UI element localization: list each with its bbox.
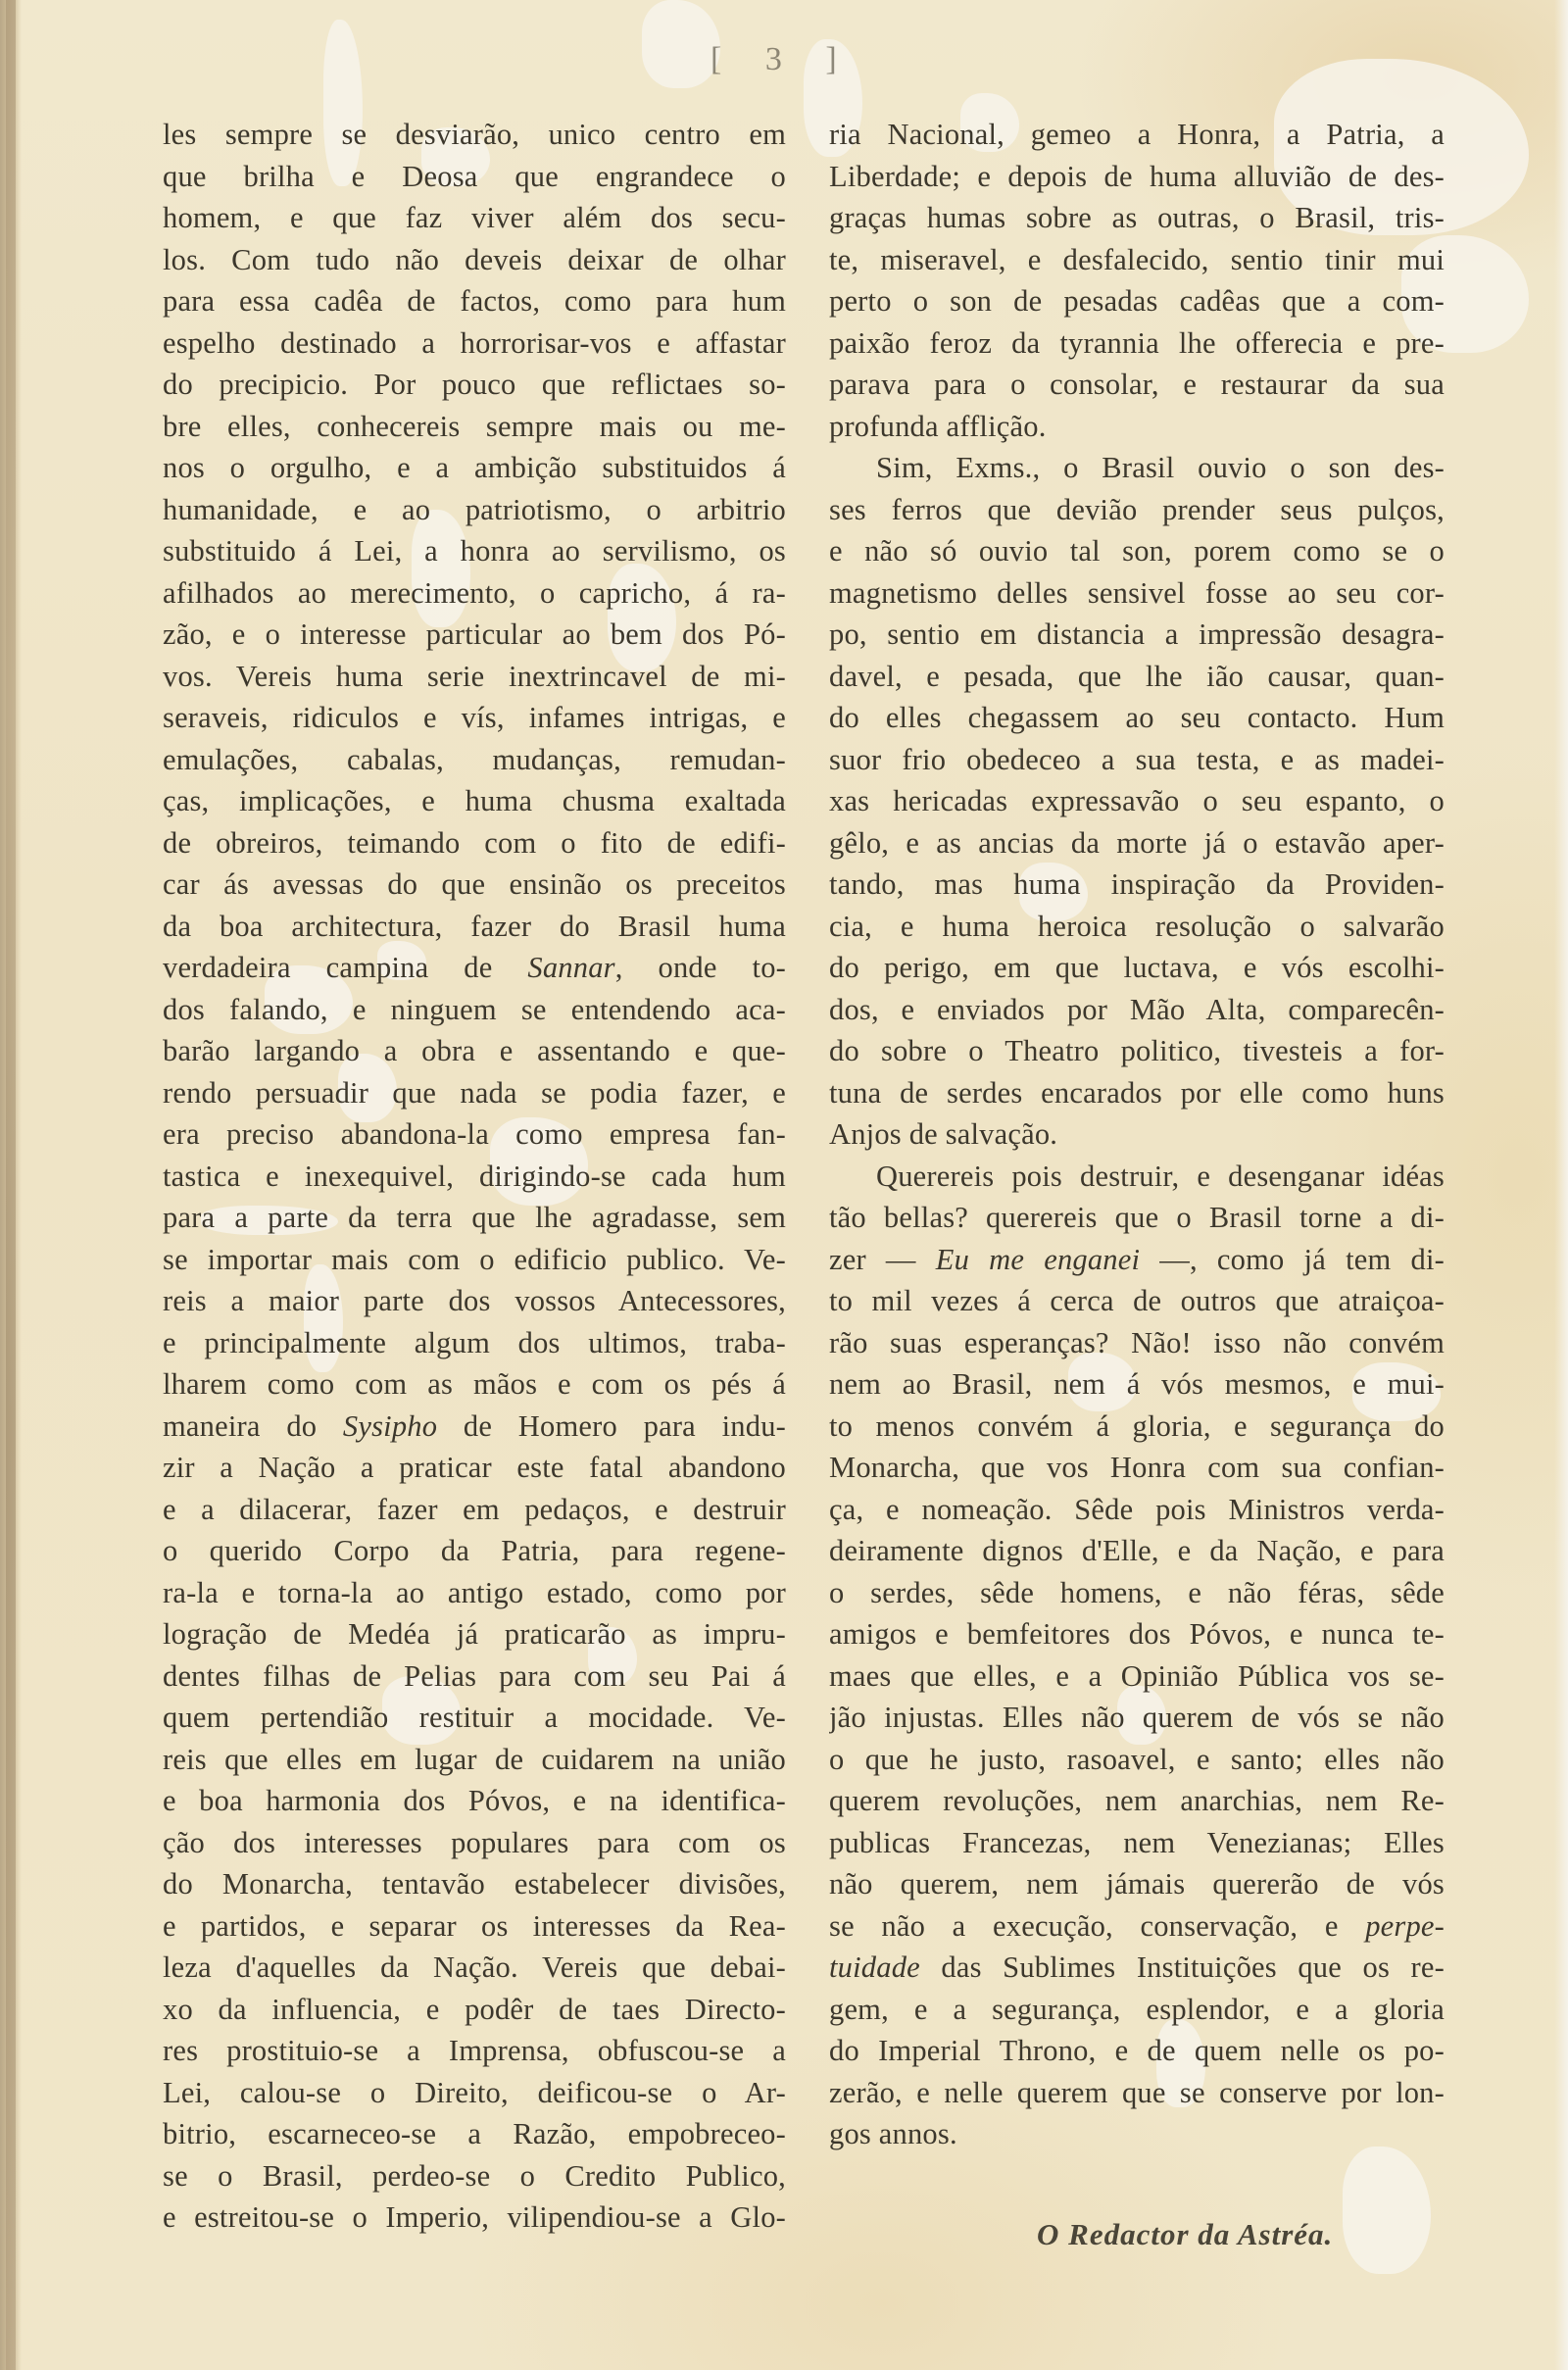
text-line: publicas Francezas, nem Venezianas; Elle… <box>829 1822 1445 1864</box>
text-line: o querido Corpo da Patria, para regene- <box>163 1530 786 1572</box>
text-line: do Imperial Throno, e de quem nelle os p… <box>829 2030 1445 2072</box>
text-line: graças humas sobre as outras, o Brasil, … <box>829 197 1445 239</box>
italic-phrase: tuidade <box>829 1950 920 1984</box>
text-line: tuidade das Sublimes Instituições que os… <box>829 1947 1445 1989</box>
text-line: e não só ouvio tal son, porem como se o <box>829 530 1445 572</box>
text-line: ção dos interesses populares para com os <box>163 1822 786 1864</box>
text-line: parava para o consolar, e restaurar da s… <box>829 364 1445 406</box>
text-line: rão suas esperanças? Não! isso não convé… <box>829 1322 1445 1364</box>
text-line: rendo persuadir que nada se podia fazer,… <box>163 1072 786 1114</box>
author-signature: O Redactor da Astréa. <box>1037 2217 1333 2252</box>
text-line: se não a execução, conservação, e perpe- <box>829 1905 1445 1948</box>
paper-damage <box>1343 2147 1431 2274</box>
text-line: maneira do Sysipho de Homero para indu- <box>163 1406 786 1448</box>
text-line: vos. Vereis huma serie inextrincavel de … <box>163 656 786 698</box>
text-line: xo da influencia, e podêr de taes Direct… <box>163 1989 786 2031</box>
text-line: dentes filhas de Pelias para com seu Pai… <box>163 1655 786 1698</box>
text-line: bre elles, conhecereis sempre mais ou me… <box>163 406 786 448</box>
paragraph-end-line: Anjos de salvação. <box>829 1113 1445 1156</box>
italic-phrase: perpe- <box>1365 1909 1445 1943</box>
text-line: tão bellas? querereis que o Brasil torne… <box>829 1197 1445 1239</box>
text-line: ça, e nomeação. Sêde pois Ministros verd… <box>829 1489 1445 1531</box>
right-text-column: ria Nacional, gemeo a Honra, a Patria, a… <box>829 114 1445 2155</box>
text-line: do elles chegassem ao seu contacto. Hum <box>829 697 1445 739</box>
text-line: po, sentio em distancia a impressão desa… <box>829 614 1445 656</box>
text-line: gêlo, e as ancias da morte já o estavão … <box>829 822 1445 864</box>
text-line: do Monarcha, tentavão estabelecer divisõ… <box>163 1863 786 1905</box>
text-line: les sempre se desviarão, unico centro em <box>163 114 786 156</box>
text-line: o serdes, sêde homens, e não féras, sêde <box>829 1572 1445 1614</box>
text-line: do sobre o Theatro politico, tivesteis a… <box>829 1030 1445 1072</box>
text-line: se importar mais com o edificio publico.… <box>163 1239 786 1281</box>
spine-shadow <box>6 0 16 2370</box>
paragraph-end-line: profunda afflição. <box>829 406 1445 448</box>
text-line: jão injustas. Elles não querem de vós se… <box>829 1697 1445 1739</box>
text-line: Liberdade; e depois de huma alluvião de … <box>829 156 1445 198</box>
text-line: cia, e huma heroica resolução o salvarão <box>829 906 1445 948</box>
text-line: tuna de serdes encarados por elle como h… <box>829 1072 1445 1114</box>
text-line: para a parte da terra que lhe agradasse,… <box>163 1197 786 1239</box>
text-line: zerão, e nelle querem que se conserve po… <box>829 2072 1445 2114</box>
text-line: que brilha e Deosa que engrandece o <box>163 156 786 198</box>
text-line: dos falando, e ninguem se entendendo aca… <box>163 989 786 1031</box>
text-line: afilhados ao merecimento, o capricho, á … <box>163 572 786 615</box>
text-line: e estreitou-se o Imperio, vilipendiou-se… <box>163 2197 786 2239</box>
text-line: xas hericadas expressavão o seu espanto,… <box>829 780 1445 822</box>
text-line: to menos convém á gloria, e segurança do <box>829 1406 1445 1448</box>
text-line: tastica e inexequivel, dirigindo-se cada… <box>163 1156 786 1198</box>
text-line: querem revoluções, nem anarchias, nem Re… <box>829 1780 1445 1822</box>
text-line: ças, implicações, e huma chusma exaltada <box>163 780 786 822</box>
text-line: leza d'aquelles da Nação. Vereis que deb… <box>163 1947 786 1989</box>
text-line: zir a Nação a praticar este fatal abando… <box>163 1447 786 1489</box>
text-line: do precipicio. Por pouco que reflictaes … <box>163 364 786 406</box>
text-line: nos o orgulho, e a ambição substituidos … <box>163 447 786 489</box>
text-line: magnetismo delles sensivel fosse ao seu … <box>829 572 1445 615</box>
text-line: to mil vezes á cerca de outros que atrai… <box>829 1280 1445 1322</box>
text-line: ria Nacional, gemeo a Honra, a Patria, a <box>829 114 1445 156</box>
text-line: zão, e o interesse particular ao bem dos… <box>163 614 786 656</box>
text-line: verdadeira campina de Sannar, onde to- <box>163 947 786 989</box>
text-line: amigos e bemfeitores dos Póvos, e nunca … <box>829 1613 1445 1655</box>
text-line: da boa architectura, fazer do Brasil hum… <box>163 906 786 948</box>
text-line: e boa harmonia dos Póvos, e na identific… <box>163 1780 786 1822</box>
text-line: suor frio obedeceo a sua testa, e as mad… <box>829 739 1445 781</box>
text-line: logração de Medéa já praticarão as impru… <box>163 1613 786 1655</box>
page-right-edge <box>1554 0 1568 2370</box>
text-line: o que he justo, rasoavel, e santo; elles… <box>829 1739 1445 1781</box>
text-line: dos, e enviados por Mão Alta, comparecên… <box>829 989 1445 1031</box>
text-line: maes que elles, e a Opinião Pública vos … <box>829 1655 1445 1698</box>
text-line: tando, mas huma inspiração da Providen- <box>829 864 1445 906</box>
text-line: quem pertendião restituir a mocidade. Ve… <box>163 1697 786 1739</box>
text-line: seraveis, ridiculos e vís, infames intri… <box>163 697 786 739</box>
paper-damage <box>642 0 720 88</box>
text-line: lharem como com as mãos e com os pés á <box>163 1363 786 1406</box>
text-line: perto o son de pesadas cadêas que a com- <box>829 280 1445 322</box>
italic-phrase: Eu me enganei <box>936 1243 1140 1276</box>
text-line: emulações, cabalas, mudanças, remudan- <box>163 739 786 781</box>
paragraph-start-line: Querereis pois destruir, e desenganar id… <box>829 1156 1445 1198</box>
text-line: gem, e a segurança, esplendor, e a glori… <box>829 1989 1445 2031</box>
paragraph-start-line: Sim, Exms., o Brasil ouvio o son des- <box>829 447 1445 489</box>
paragraph-end-line: gos annos. <box>829 2113 1445 2155</box>
text-line: e partidos, e separar os interesses da R… <box>163 1905 786 1948</box>
left-text-column: les sempre se desviarão, unico centro em… <box>163 114 786 2239</box>
text-line: se o Brasil, perdeo-se o Credito Publico… <box>163 2155 786 2197</box>
text-line: ra-la e torna-la ao antigo estado, como … <box>163 1572 786 1614</box>
text-line: res prostituio-se a Imprensa, obfuscou-s… <box>163 2030 786 2072</box>
text-line: e principalmente algum dos ultimos, trab… <box>163 1322 786 1364</box>
text-line: te, miseravel, e desfalecido, sentio tin… <box>829 239 1445 281</box>
text-line: car ás avessas do que ensinão os preceit… <box>163 864 786 906</box>
text-line: Lei, calou-se o Direito, deificou-se o A… <box>163 2072 786 2114</box>
text-line: deiramente dignos d'Elle, e da Nação, e … <box>829 1530 1445 1572</box>
text-line: ses ferros que devião prender seus pulço… <box>829 489 1445 531</box>
text-line: barão largando a obra e assentando e que… <box>163 1030 786 1072</box>
text-line: era preciso abandona-la como empresa fan… <box>163 1113 786 1156</box>
text-line: zer — Eu me enganei —, como já tem di- <box>829 1239 1445 1281</box>
text-line: e a dilacerar, fazer em pedaços, e destr… <box>163 1489 786 1531</box>
text-line: humanidade, e ao patriotismo, o arbitrio <box>163 489 786 531</box>
text-line: homem, e que faz viver além dos secu- <box>163 197 786 239</box>
text-line: substituido á Lei, a honra ao servilismo… <box>163 530 786 572</box>
text-line: paixão feroz da tyrannia lhe offerecia e… <box>829 322 1445 365</box>
text-line: nem ao Brasil, nem á vós mesmos, e mui- <box>829 1363 1445 1406</box>
text-line: do perigo, em que luctava, e vós escolhi… <box>829 947 1445 989</box>
text-line: reis que elles em lugar de cuidarem na u… <box>163 1739 786 1781</box>
text-line: para essa cadêa de factos, como para hum <box>163 280 786 322</box>
page-number-header: [ 3 ] <box>710 41 855 78</box>
text-line: de obreiros, teimando com o fito de edif… <box>163 822 786 864</box>
text-line: Monarcha, que vos Honra com sua confian- <box>829 1447 1445 1489</box>
text-line: davel, e pesada, que lhe ião causar, qua… <box>829 656 1445 698</box>
text-line: los. Com tudo não deveis deixar de olhar <box>163 239 786 281</box>
italic-phrase: Sannar <box>527 951 614 984</box>
text-line: espelho destinado a horrorisar-vos e aff… <box>163 322 786 365</box>
paper-page: [ 3 ] les sempre se desviarão, unico cen… <box>0 0 1568 2370</box>
text-line: bitrio, escarneceo-se a Razão, empobrece… <box>163 2113 786 2155</box>
text-line: não querem, nem jámais quererão de vós <box>829 1863 1445 1905</box>
text-line: reis a maior parte dos vossos Antecessor… <box>163 1280 786 1322</box>
italic-phrase: Sysipho <box>343 1409 437 1443</box>
